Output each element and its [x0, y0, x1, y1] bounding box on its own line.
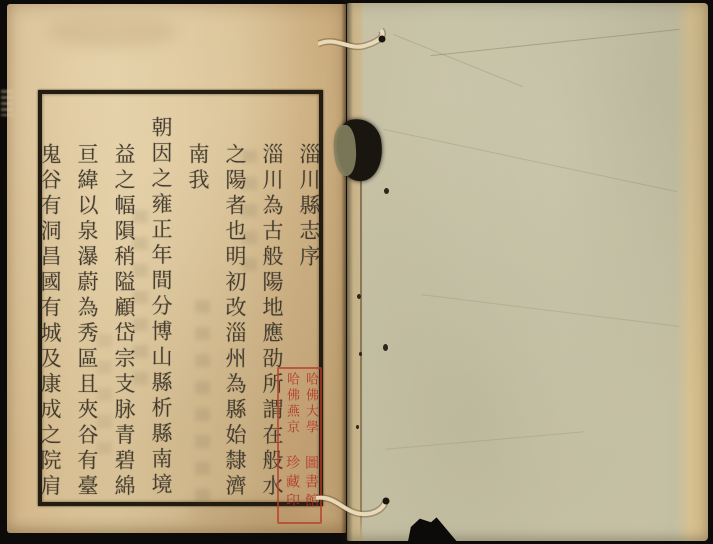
- edge-mark: [1, 90, 13, 116]
- stab-hole: [383, 344, 388, 351]
- left-page: 淄川縣志序淄川為古般陽地應劭所謂在般水之陽者也明初改淄州為縣始隸濟南我朝因之雍正…: [7, 4, 346, 533]
- book-scan: 淄川縣志序淄川為古般陽地應劭所謂在般水之陽者也明初改淄州為縣始隸濟南我朝因之雍正…: [0, 0, 713, 544]
- fold-crease: [360, 128, 362, 540]
- stab-hole: [359, 352, 362, 356]
- stab-hole: [357, 294, 361, 299]
- stab-hole: [384, 188, 389, 194]
- binding-thread-bottom: [316, 481, 412, 525]
- paper-stain: [47, 14, 177, 48]
- text-column-4: 南我: [182, 143, 214, 194]
- stitch-hole-bottom: [383, 498, 390, 505]
- stab-hole: [356, 425, 359, 429]
- text-column-7: 亘緯以泉瀑蔚為秀區且夾谷有臺: [71, 143, 103, 500]
- spine-shadow: [341, 0, 353, 544]
- seal-column-left: 圖書館珍藏印: [279, 455, 320, 522]
- seal-column-right: 哈佛大學哈佛燕京: [279, 372, 320, 448]
- text-column-8: 鬼谷有洞昌國有城及康成之院肩: [34, 143, 66, 500]
- showthrough-smudge: [195, 300, 210, 510]
- stitch-hole-top: [379, 36, 386, 43]
- text-column-5: 朝因之雍正年間分博山縣析縣南境: [145, 116, 177, 499]
- text-column-3: 之陽者也明初改淄州為縣始隸濟: [219, 143, 251, 500]
- binding-thread-top: [318, 14, 410, 66]
- text-column-1: 淄川縣志序: [293, 143, 325, 271]
- text-column-6: 益之幅隕稍隘顧岱宗支脉青碧綿: [108, 143, 140, 500]
- right-page: [347, 3, 708, 541]
